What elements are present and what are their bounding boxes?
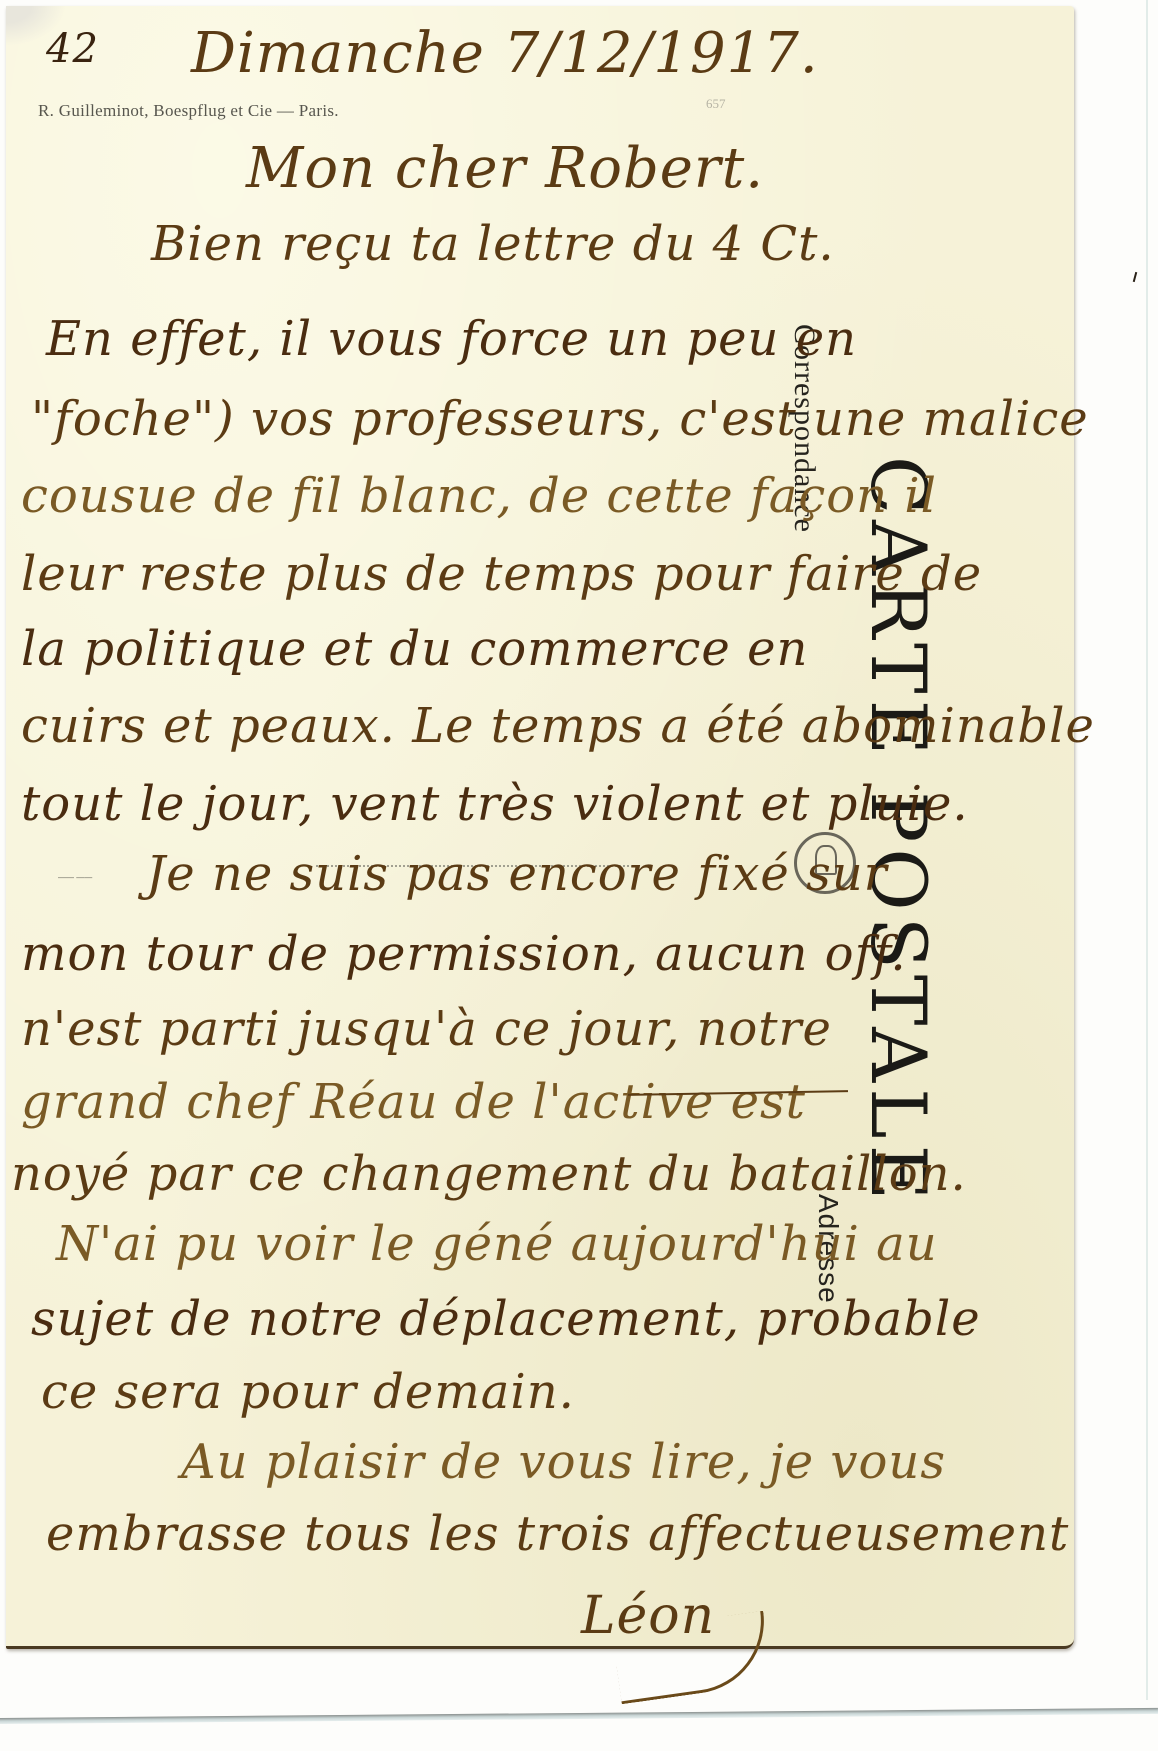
- letter-line: Bien reçu ta lettre du 4 Ct.: [151, 216, 835, 272]
- letter-line: Je ne suis pas encore fixé sur: [146, 846, 888, 902]
- letter-line: sujet de notre déplacement, probable: [31, 1291, 981, 1347]
- card-number: 657: [706, 96, 726, 112]
- postcard: R. Guilleminot, Boespflug et Cie — Paris…: [6, 6, 1074, 1649]
- publisher-imprint: R. Guilleminot, Boespflug et Cie — Paris…: [38, 101, 339, 121]
- letter-line: embrasse tous les trois affectueusement: [46, 1506, 1069, 1562]
- letter-date: Dimanche 7/12/1917.: [191, 21, 819, 86]
- letter-line: mon tour de permission, aucun off.: [21, 926, 907, 982]
- letter-salutation: Mon cher Robert.: [246, 136, 764, 201]
- letter-line: la politique et du commerce en: [21, 621, 808, 677]
- letter-line: cousue de fil blanc, de cette façon il: [21, 468, 937, 524]
- letter-line: N'ai pu voir le géné aujourd'hui au: [56, 1216, 938, 1272]
- letter-line: leur reste plus de temps pour faire de: [21, 546, 982, 602]
- scanner-edge-line: [1146, 0, 1148, 1700]
- letter-line: tout le jour, vent très violent et pluie…: [21, 776, 969, 832]
- letter-line: cuirs et peaux. Le temps a été abominabl…: [21, 698, 1095, 754]
- letter-line: En effet, il vous force un peu en: [46, 311, 857, 367]
- folio-number: 42: [46, 26, 99, 72]
- letter-line: n'est parti jusqu'à ce jour, notre: [21, 1001, 832, 1057]
- letter-line: noyé par ce changement du bataillon.: [11, 1146, 967, 1202]
- letter-line: Au plaisir de vous lire, je vous: [181, 1434, 946, 1490]
- letter-line: grand chef Réau de l'active est: [21, 1074, 806, 1130]
- margin-print-mark: —— ——: [58, 873, 92, 882]
- letter-line: "foche") vos professeurs, c'est une mali…: [31, 391, 1089, 447]
- letter-line: ce sera pour demain.: [41, 1364, 575, 1420]
